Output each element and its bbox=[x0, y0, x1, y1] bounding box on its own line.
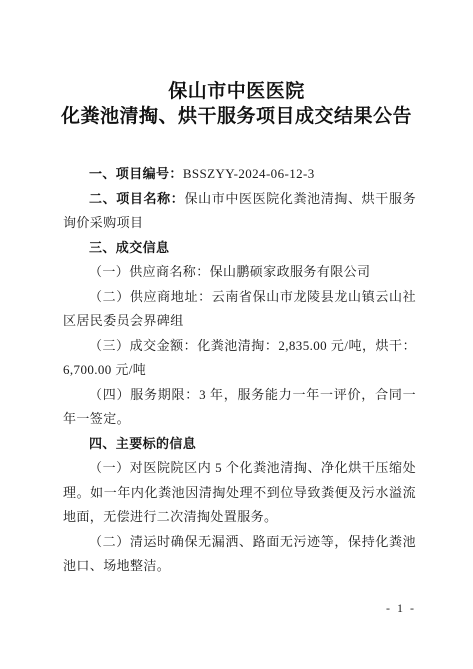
page-number: - 1 - bbox=[386, 601, 416, 616]
paragraph-service-term: （四）服务期限：3 年，服务能力一年一评价，合同一年一签定。 bbox=[63, 383, 416, 432]
paragraph-project-name: 二、项目名称：保山市中医医院化粪池清掏、烘干服务询价采购项目 bbox=[63, 187, 416, 236]
heading-subject-info: 四、主要标的信息 bbox=[63, 432, 416, 457]
heading-deal-info: 三、成交信息 bbox=[63, 236, 416, 261]
project-number-value: BSSZYY-2024-06-12-3 bbox=[183, 166, 315, 181]
document-title-line1: 保山市中医医院 bbox=[0, 79, 473, 104]
project-number-label: 一、项目编号： bbox=[89, 166, 183, 181]
paragraph-subject-item1: （一）对医院院区内 5 个化粪池清掏、净化烘干压缩处理。如一年内化粪池因清掏处理… bbox=[63, 456, 416, 530]
document-title-line2: 化粪池清掏、烘干服务项目成交结果公告 bbox=[0, 104, 473, 129]
paragraph-subject-item2: （二）清运时确保无漏洒、路面无污迹等，保持化粪池池口、场地整洁。 bbox=[63, 530, 416, 579]
document-title: 保山市中医医院 化粪池清掏、烘干服务项目成交结果公告 bbox=[0, 0, 473, 129]
paragraph-project-number: 一、项目编号：BSSZYY-2024-06-12-3 bbox=[63, 162, 416, 187]
paragraph-supplier-name: （一）供应商名称：保山鹏硕家政服务有限公司 bbox=[63, 260, 416, 285]
paragraph-deal-amount: （三）成交金额：化粪池清掏：2,835.00 元/吨，烘干：6,700.00 元… bbox=[63, 334, 416, 383]
document-page: 保山市中医医院 化粪池清掏、烘干服务项目成交结果公告 一、项目编号：BSSZYY… bbox=[0, 0, 473, 669]
document-body: 一、项目编号：BSSZYY-2024-06-12-3 二、项目名称：保山市中医医… bbox=[63, 162, 416, 579]
paragraph-supplier-address: （二）供应商地址：云南省保山市龙陵县龙山镇云山社区居民委员会界碑组 bbox=[63, 285, 416, 334]
project-name-label: 二、项目名称： bbox=[89, 191, 184, 206]
